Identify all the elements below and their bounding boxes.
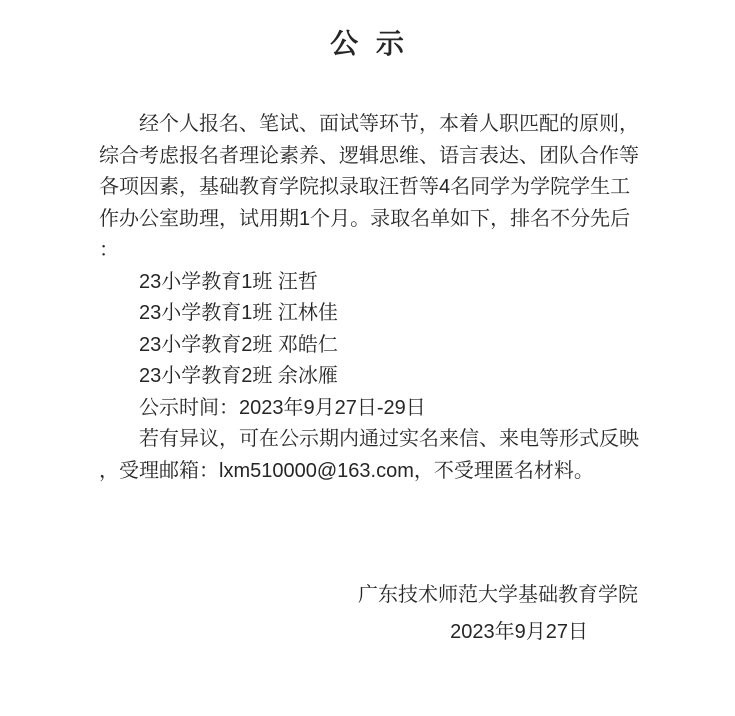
- publicity-period-line: 公示时间：2023年9月27日-29日: [99, 393, 645, 425]
- document-title: 公 示: [0, 0, 735, 63]
- roster-line: 23小学教育1班 江林佳: [99, 298, 645, 330]
- issuer-signature: 广东技术师范大学基础教育学院: [0, 577, 735, 614]
- roster-line: 23小学教育1班 汪哲: [99, 267, 645, 299]
- objection-line: 若有异议，可在公示期内通过实名来信、来电等形式反映: [99, 424, 645, 456]
- objection-line: ，受理邮箱：lxm510000@163.com，不受理匿名材料。: [99, 456, 645, 488]
- roster-line: 23小学教育2班 邓皓仁: [99, 330, 645, 362]
- intro-paragraph-line: ：: [99, 235, 645, 267]
- intro-paragraph-line: 各项因素，基础教育学院拟录取汪哲等4名同学为学院学生工: [99, 172, 645, 204]
- intro-paragraph-line: 经个人报名、笔试、面试等环节，本着人职匹配的原则，: [99, 109, 645, 141]
- intro-paragraph-line: 综合考虑报名者理论素养、逻辑思维、语言表达、团队合作等: [99, 141, 645, 173]
- roster-line: 23小学教育2班 余冰雁: [99, 361, 645, 393]
- announcement-page: 公 示 经个人报名、笔试、面试等环节，本着人职匹配的原则， 综合考虑报名者理论素…: [0, 0, 735, 716]
- document-body: 经个人报名、笔试、面试等环节，本着人职匹配的原则， 综合考虑报名者理论素养、逻辑…: [99, 109, 645, 487]
- intro-paragraph-line: 作办公室助理，试用期1个月。录取名单如下，排名不分先后: [99, 204, 645, 236]
- issue-date: 2023年9月27日: [0, 614, 735, 651]
- signature-block: 广东技术师范大学基础教育学院 2023年9月27日: [0, 577, 735, 651]
